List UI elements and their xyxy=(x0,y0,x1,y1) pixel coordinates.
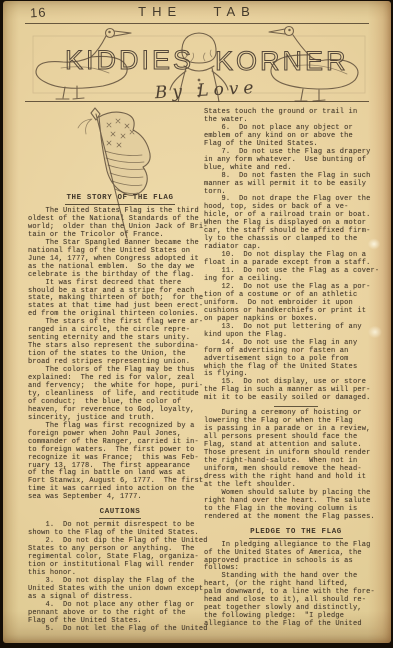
cautions-heading: CAUTIONS xyxy=(28,507,212,519)
cautions-heading-text: CAUTIONS xyxy=(99,507,142,519)
salute-text: During a ceremony of hoisting or lowerin… xyxy=(204,410,388,521)
scanned-newsletter-photo: 16 THE TAB xyxy=(0,0,393,648)
kiddies-title: KIDDIES xyxy=(65,45,194,75)
right-column: States touch the ground or trail in the … xyxy=(204,109,388,629)
left-column: THE STORY OF THE FLAG The United States … xyxy=(28,105,212,634)
cautions-text: 1. Do not permit disrespect to be shown … xyxy=(28,522,212,633)
cautions-continued-text: States touch the ground or trail in the … xyxy=(204,109,388,403)
newsletter-page: 16 THE TAB xyxy=(3,1,391,643)
header-rule-bottom xyxy=(25,101,369,102)
pledge-heading: PLEDGE TO THE FLAG xyxy=(204,527,388,539)
pledge-heading-text: PLEDGE TO THE FLAG xyxy=(249,527,343,539)
pledge-text: In pledging allegiance to the Flag of th… xyxy=(204,542,388,629)
story-text: The United States Flag is the third olde… xyxy=(28,208,212,502)
section-divider xyxy=(274,406,318,407)
story-heading-text: THE STORY OF THE FLAG xyxy=(65,193,174,205)
korner-title: KORNER xyxy=(215,46,349,76)
byline-signature: By Love xyxy=(153,78,259,102)
masthead-title: THE TAB xyxy=(3,4,391,19)
kiddies-korner-header-art: KIDDIES KORNER By Love xyxy=(3,24,393,102)
story-heading: THE STORY OF THE FLAG xyxy=(28,193,212,205)
